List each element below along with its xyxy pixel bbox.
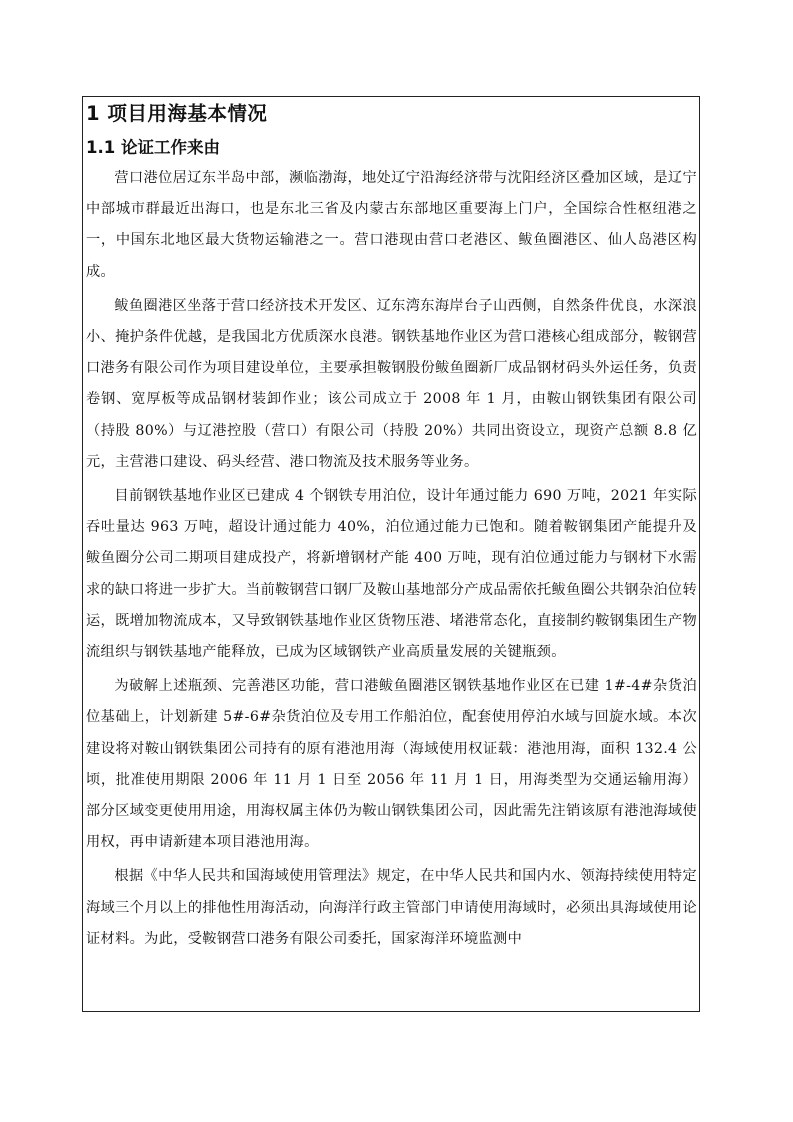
paragraph-port-overview: 营口港位居辽东半岛中部，濒临渤海，地处辽宁沿海经济带与沈阳经济区叠加区域，是辽宁… (86, 163, 697, 288)
paragraph-legal-basis: 根据《中华人民共和国海域使用管理法》规定，在中华人民共和国内水、领海持续使用特定… (86, 861, 697, 955)
paragraph-bayuquan-port-area: 鲅鱼圈港区坐落于营口经济技术开发区、辽东湾东海岸台子山西侧，自然条件优良，水深浪… (86, 291, 697, 478)
section-body: 营口港位居辽东半岛中部，濒临渤海，地处辽宁沿海经济带与沈阳经济区叠加区域，是辽宁… (86, 163, 697, 955)
paragraph-project-plan: 为破解上述瓶颈、完善港区功能，营口港鲅鱼圈港区钢铁基地作业区在已建 1#-4#杂… (86, 671, 697, 858)
document-page-frame: 1 项目用海基本情况 1.1 论证工作来由 营口港位居辽东半岛中部，濒临渤海，地… (82, 96, 700, 1012)
chapter-heading: 1 项目用海基本情况 (86, 103, 697, 125)
paragraph-capacity-bottleneck: 目前钢铁基地作业区已建成 4 个钢铁专用泊位，设计年通过能力 690 万吨，20… (86, 481, 697, 668)
section-heading: 1.1 论证工作来由 (86, 138, 697, 158)
